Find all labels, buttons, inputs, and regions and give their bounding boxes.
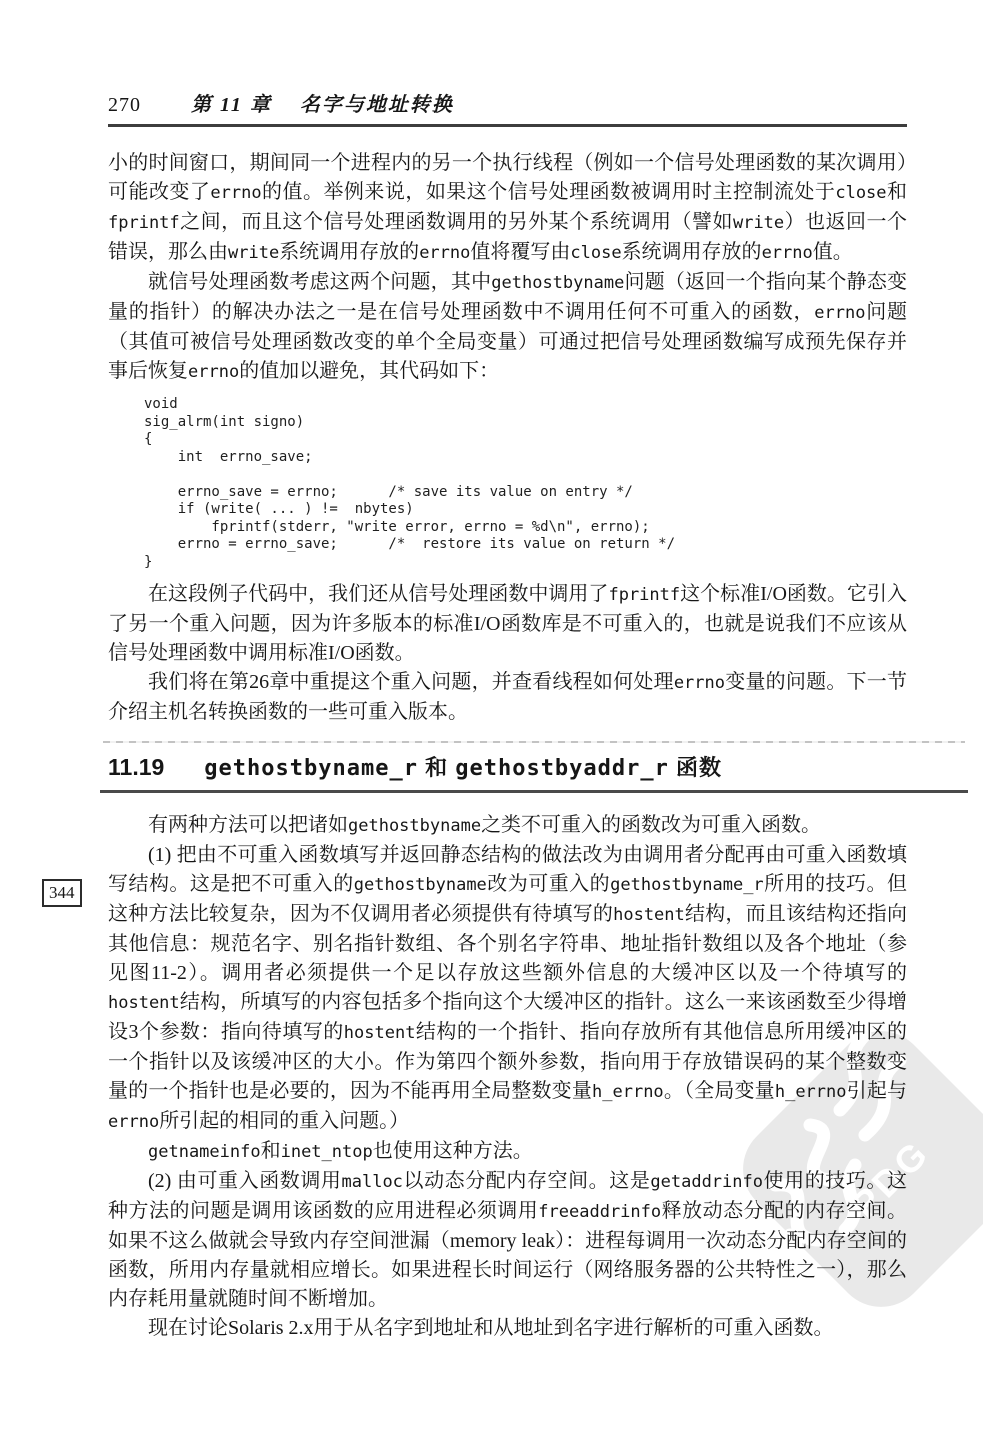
body-paragraph: getnameinfo和inet_ntop也使用这种方法。 bbox=[108, 1137, 907, 1167]
body-paragraph: (1) 把由不可重入函数填写并返回静态结构的做法改为由调用者分配再由可重入函数填… bbox=[108, 841, 907, 1137]
section-heading: 11.19 gethostbyname_r 和 gethostbyaddr_r … bbox=[100, 741, 968, 793]
chapter-label: 第 11 章 bbox=[191, 88, 272, 117]
page-number: 270 bbox=[108, 94, 141, 117]
body-paragraph: 我们将在第26章中重提这个重入问题，并查看线程如何处理errno变量的问题。下一… bbox=[108, 668, 907, 727]
body-paragraph: (2) 由可重入函数调用malloc以动态分配内存空间。这是getaddrinf… bbox=[108, 1167, 907, 1314]
body-paragraph: 现在讨论Solaris 2.x用于从名字到地址和从地址到名字进行解析的可重入函数… bbox=[108, 1314, 907, 1343]
scanned-book-page: PDG 344 270 第 11 章 名字与地址转换 小的时间窗口，期间同一个进… bbox=[0, 0, 983, 1432]
body-paragraph: 小的时间窗口，期间同一个进程内的另一个执行线程（例如一个信号处理函数的某次调用）… bbox=[108, 149, 907, 268]
page-header: 270 第 11 章 名字与地址转换 bbox=[108, 88, 907, 127]
body-paragraph: 就信号处理函数考虑这两个问题，其中gethostbyname问题（返回一个指向某… bbox=[108, 268, 907, 387]
page-content: 270 第 11 章 名字与地址转换 小的时间窗口，期间同一个进程内的另一个执行… bbox=[108, 88, 907, 1343]
section-number: 11.19 bbox=[108, 754, 164, 781]
body-paragraph: 在这段例子代码中，我们还从信号处理函数中调用了fprintf这个标准I/O函数。… bbox=[108, 580, 907, 668]
section-title: gethostbyname_r 和 gethostbyaddr_r 函数 bbox=[204, 751, 722, 782]
scan-noise-line bbox=[103, 741, 965, 743]
chapter-title: 名字与地址转换 bbox=[300, 88, 454, 117]
code-block: void sig_alrm(int signo) { int errno_sav… bbox=[144, 396, 907, 571]
body-paragraph: 有两种方法可以把诸如gethostbyname之类不可重入的函数改为可重入函数。 bbox=[108, 811, 907, 841]
margin-page-marker: 344 bbox=[42, 879, 82, 907]
